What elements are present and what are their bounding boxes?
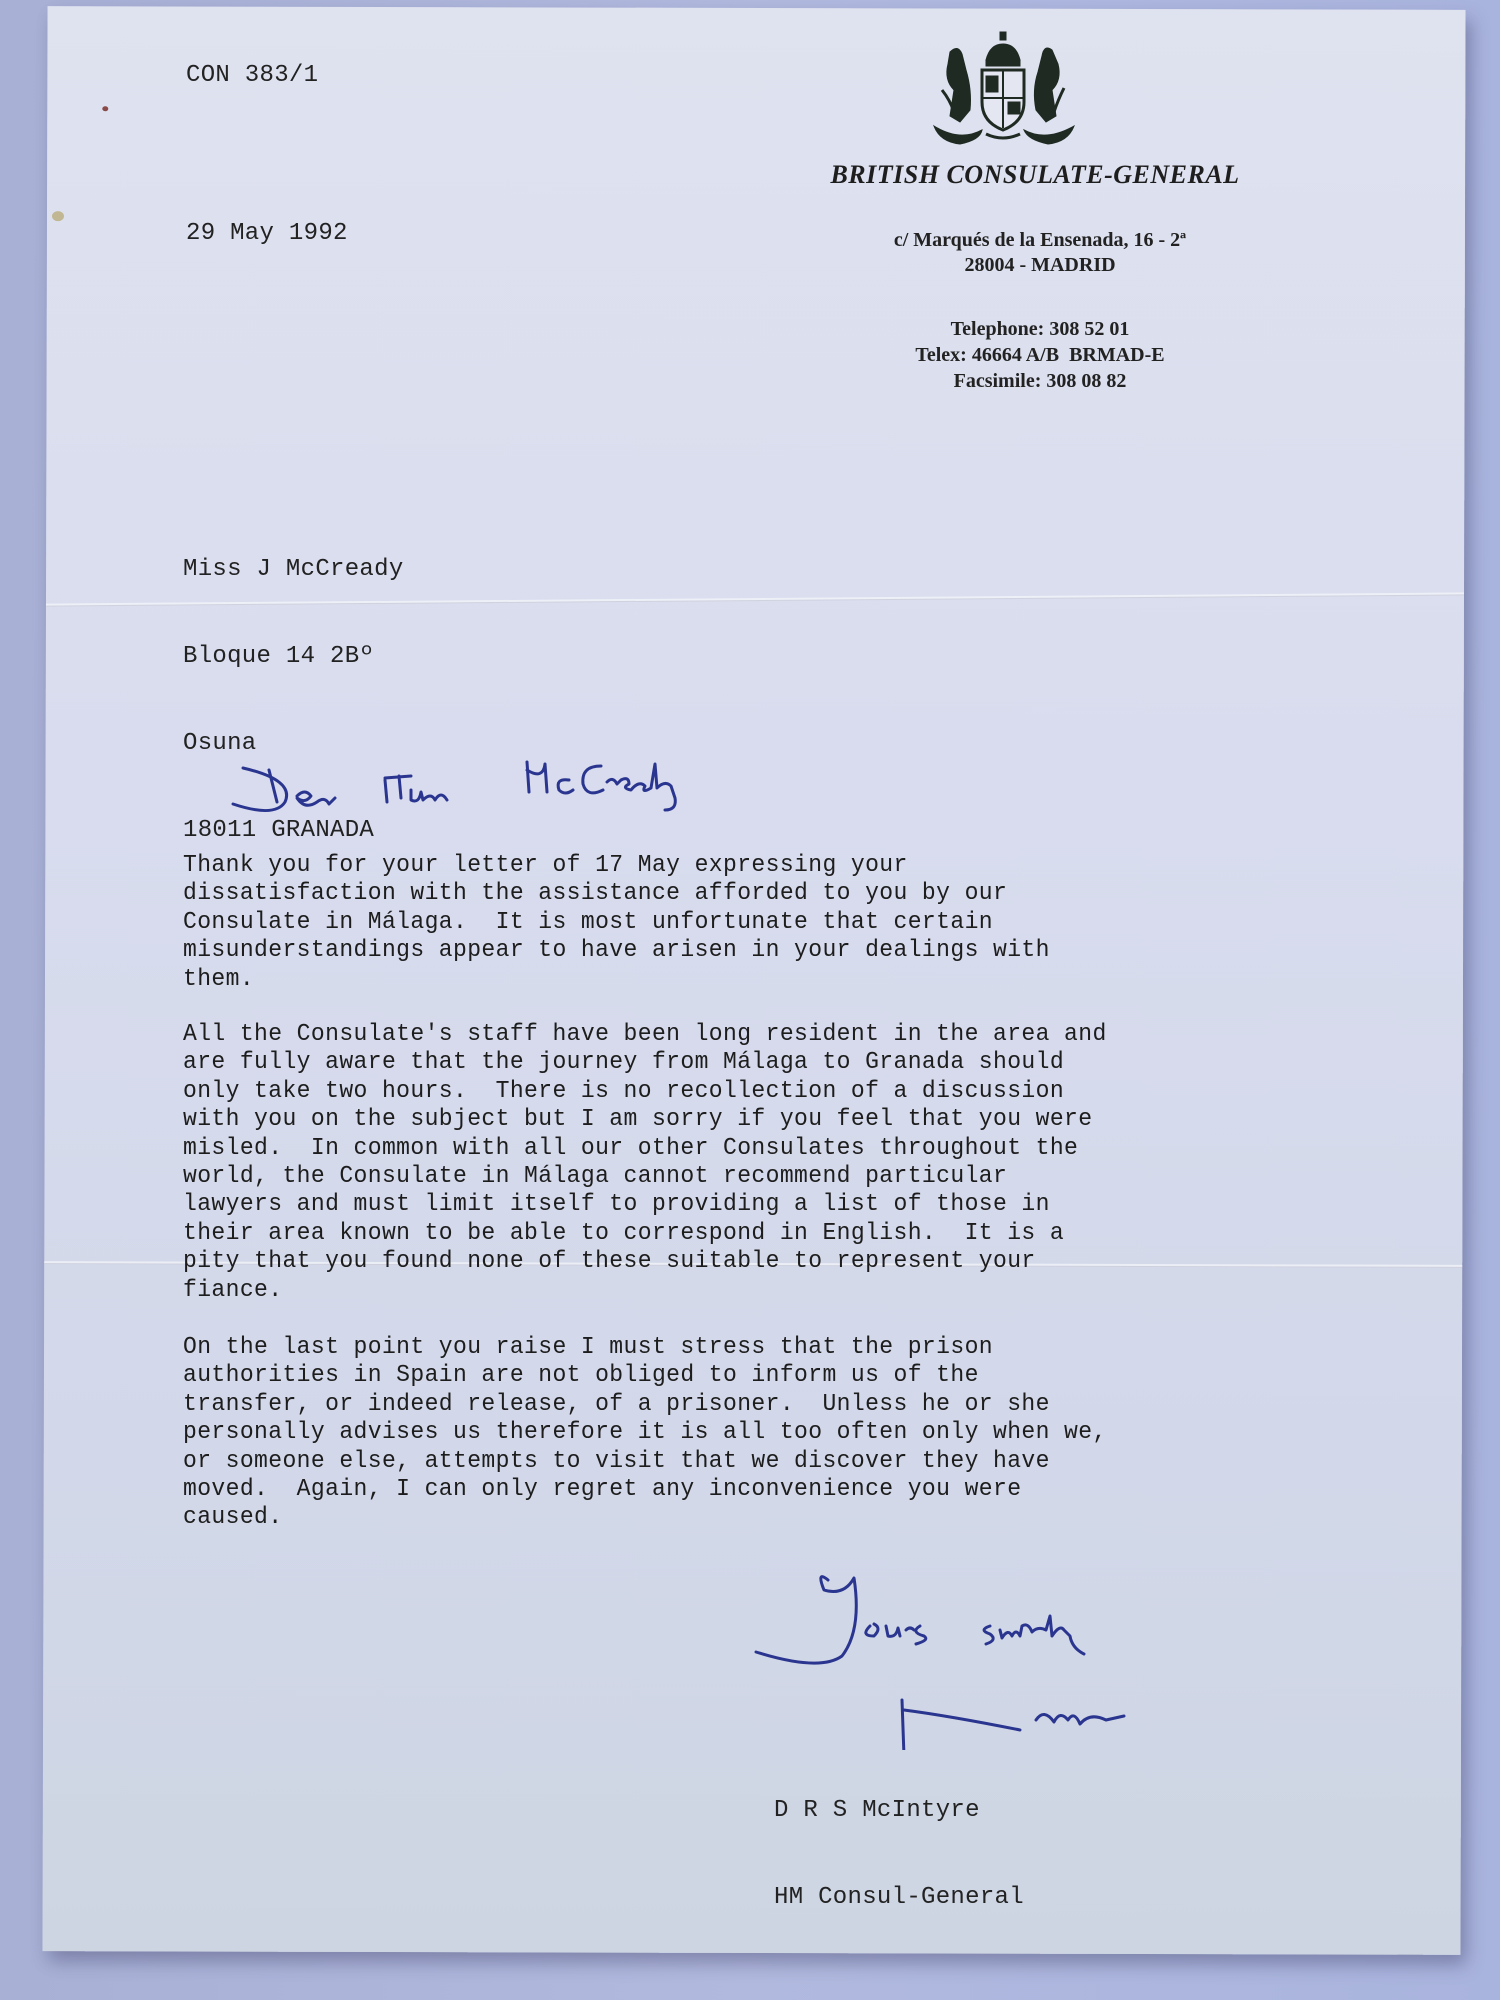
body-paragraph-3: On the last point you raise I must stres… — [183, 1334, 1316, 1533]
royal-coat-of-arms-icon — [920, 30, 1090, 150]
letterhead-address-line: c/ Marqués de la Ensenada, 16 - 2ª — [790, 228, 1290, 253]
letterhead-contact: Telephone: 308 52 01 Telex: 46664 A/B BR… — [790, 315, 1290, 395]
letterhead-telex: Telex: 46664 A/B BRMAD-E — [790, 343, 1290, 367]
letterhead-address: c/ Marqués de la Ensenada, 16 - 2ª 28004… — [790, 228, 1290, 278]
signatory-title: HM Consul-General — [774, 1883, 1024, 1912]
handwritten-closing-and-signature: Yours sincerely — [750, 1560, 1180, 1750]
paper-stain — [102, 106, 108, 111]
letterhead-organisation: BRITISH CONSULATE-GENERAL — [775, 160, 1295, 190]
body-paragraph-1: Thank you for your letter of 17 May expr… — [183, 852, 1316, 994]
letter-date: 29 May 1992 — [186, 220, 348, 249]
paper-stain — [52, 211, 64, 221]
recipient-line: Bloque 14 2Bº — [183, 642, 404, 671]
signatory-name: D R S McIntyre — [774, 1796, 1024, 1825]
recipient-line: Miss J McCready — [183, 555, 404, 584]
body-paragraph-2: All the Consulate's staff have been long… — [183, 1021, 1316, 1305]
letterhead-facsimile: Facsimile: 308 08 82 — [790, 367, 1290, 395]
letterhead-telephone: Telephone: 308 52 01 — [790, 315, 1290, 343]
letterhead-address-line: 28004 - MADRID — [790, 253, 1290, 278]
reference-number: CON 383/1 — [186, 62, 318, 91]
handwritten-salutation: Dear Miss McCready — [225, 740, 745, 830]
signatory-block: D R S McIntyre HM Consul-General — [774, 1738, 1024, 1941]
